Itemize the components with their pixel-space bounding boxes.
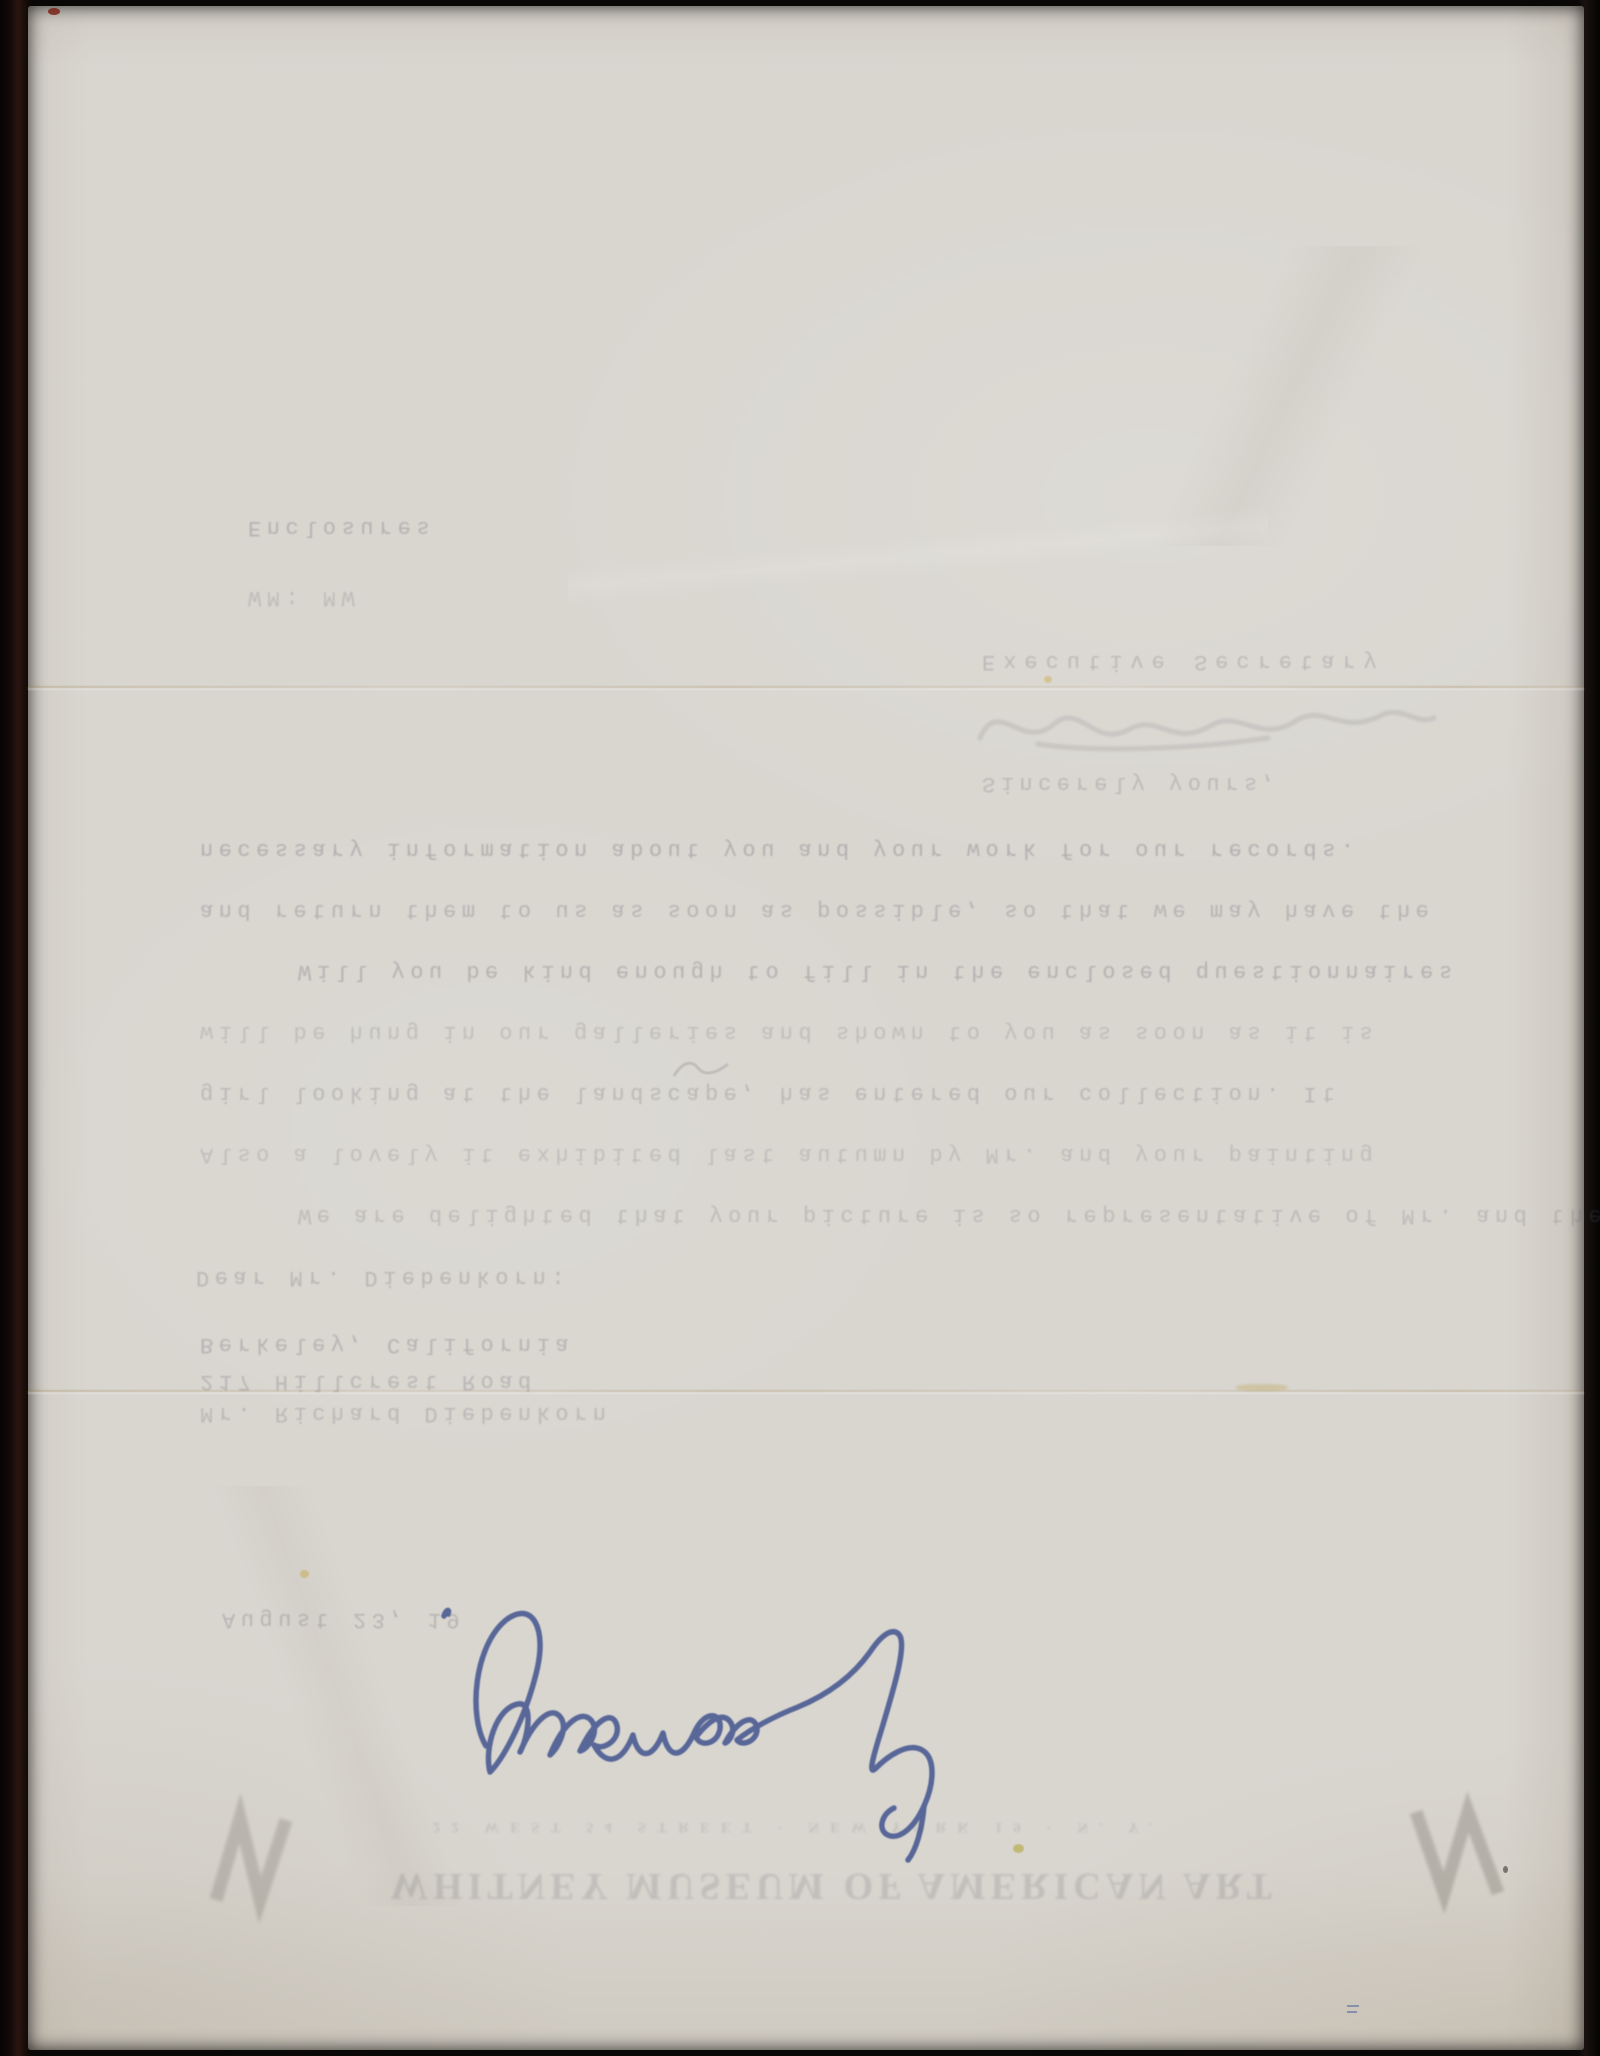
ghost-letterhead-left-ornament <box>204 1808 300 1908</box>
yellow-stain <box>1236 1384 1288 1391</box>
dark-speck <box>1503 1866 1508 1873</box>
ghost-insertion-mark <box>668 1056 738 1082</box>
ghost-typed-line-secretary-title: Executive Secretary <box>982 648 1385 674</box>
letter-verso-page: Enclosures WM: MW Executive Secretary Si… <box>28 6 1584 2050</box>
yellow-stain <box>1013 1844 1024 1853</box>
ghost-letterhead-right-ornament <box>1406 1798 1512 1904</box>
ghost-letterhead-name: WHITNEY MUSEUM OF AMERICAN ART <box>390 1864 1277 1908</box>
paper-wrinkle <box>568 426 1268 686</box>
ghost-typed-line-enclosures: Enclosures <box>248 514 435 540</box>
yellow-stain <box>300 1570 309 1578</box>
yellow-stain <box>1044 676 1052 683</box>
paper-wrinkle <box>1008 246 1568 546</box>
red-speck <box>48 8 60 15</box>
ghost-typed-line-sincerely: Sincerely yours, <box>982 770 1281 796</box>
ghost-signature <box>968 686 1448 770</box>
ghost-typed-line-date: August 23, 19 <box>222 1606 465 1632</box>
blue-dash-mark <box>1344 2002 1366 2018</box>
ghost-typed-line-body-4: will be hung in our galleries and shown … <box>200 1019 1378 1045</box>
ghost-typed-line-body-3: Will you be kind enough to fill in the e… <box>298 958 1458 984</box>
ghost-letterhead-address: 22 WEST 54 STREET · NEW YORK 19 · N. Y. <box>328 1818 1268 1835</box>
ghost-typed-line-initials: WM: MW <box>248 584 360 610</box>
ghost-typed-line-address-street: 217 Hillcrest Road <box>200 1368 537 1394</box>
ghost-typed-line-body-1: necessary information about you and your… <box>200 836 1360 862</box>
ghost-typed-line-body-6: Also a lovely it exhibited last autumn b… <box>200 1141 1378 1167</box>
ghost-typed-line-address-name: Mr. Richard Diebenkorn <box>200 1400 611 1426</box>
ghost-typed-line-body-2: and return them to us as soon as possibl… <box>200 897 1434 923</box>
ghost-typed-line-address-city: Berkeley, California <box>200 1331 574 1357</box>
scan-backdrop-left-edge <box>0 0 30 2056</box>
ghost-typed-line-salutation: Dear Mr. Diebenkorn: <box>196 1264 570 1290</box>
ghost-typed-line-body-7: We are delighted that your picture is so… <box>298 1202 1600 1228</box>
ghost-typed-line-body-5: girl looking at the landscape, has enter… <box>200 1080 1341 1106</box>
